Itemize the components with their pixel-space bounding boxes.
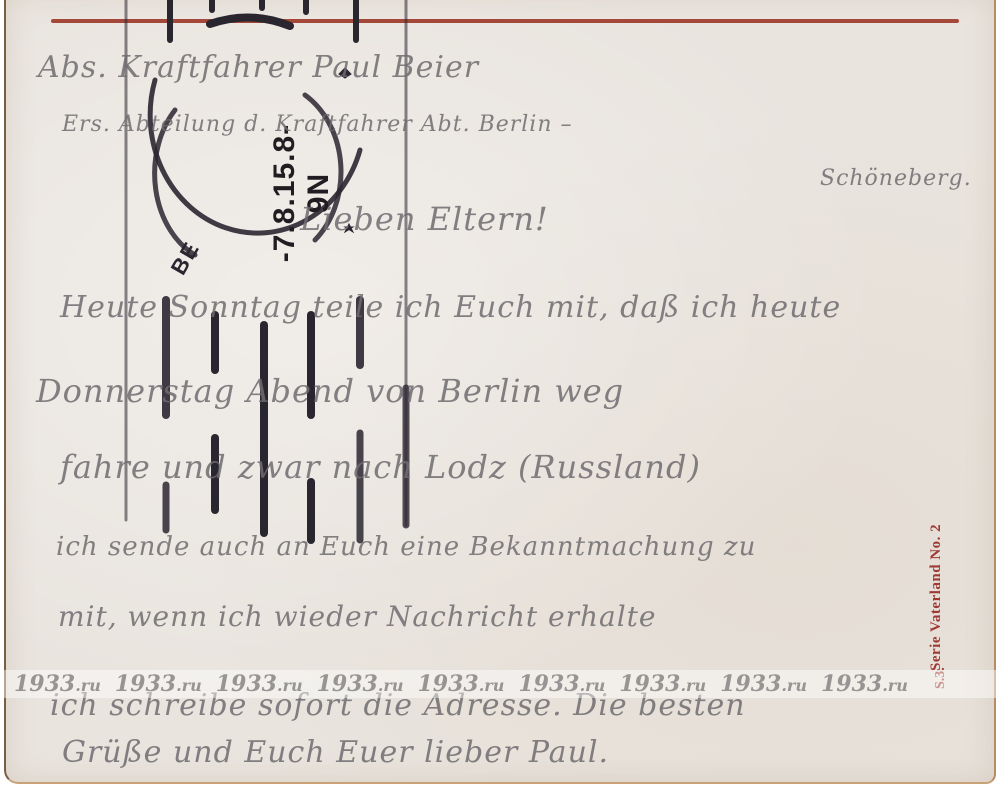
watermark-text: 1933.ru (518, 671, 605, 697)
watermark-text: 1933.ru (216, 671, 303, 697)
letter-line: Heute Sonntag teile ich Euch mit, daß ic… (60, 290, 841, 325)
watermark-text: 1933.ru (317, 671, 404, 697)
unit-line: Ers. Abteilung d. Kraftfahrer Abt. Berli… (62, 112, 573, 137)
watermark-text: 1933.ru (720, 671, 807, 697)
watermark-text: 1933.ru (619, 671, 706, 697)
address-divider-line (51, 19, 959, 23)
letter-line: mit, wenn ich wieder Nachricht erhalte (58, 600, 656, 633)
watermark-text: 1933.ru (821, 671, 908, 697)
district-line: Schöneberg. (820, 166, 972, 191)
letter-line: Donnerstag Abend von Berlin weg (36, 372, 624, 410)
closing-line: Grüße und Euch Euer lieber Paul. (62, 735, 609, 770)
letter-line: fahre und zwar nach Lodz (Russland) (60, 448, 701, 486)
sender-line: Abs. Kraftfahrer Paul Beier (38, 50, 479, 85)
letter-line: ich sende auch an Euch eine Bekanntmachu… (56, 532, 756, 562)
watermark-text: 1933.ru (418, 671, 505, 697)
watermark-strip: 1933.ru1933.ru1933.ru1933.ru1933.ru1933.… (0, 670, 1000, 698)
salutation: Lieben Eltern! (300, 200, 549, 238)
watermark-text: 1933.ru (115, 671, 202, 697)
watermark-text: 1933.ru (14, 671, 101, 697)
